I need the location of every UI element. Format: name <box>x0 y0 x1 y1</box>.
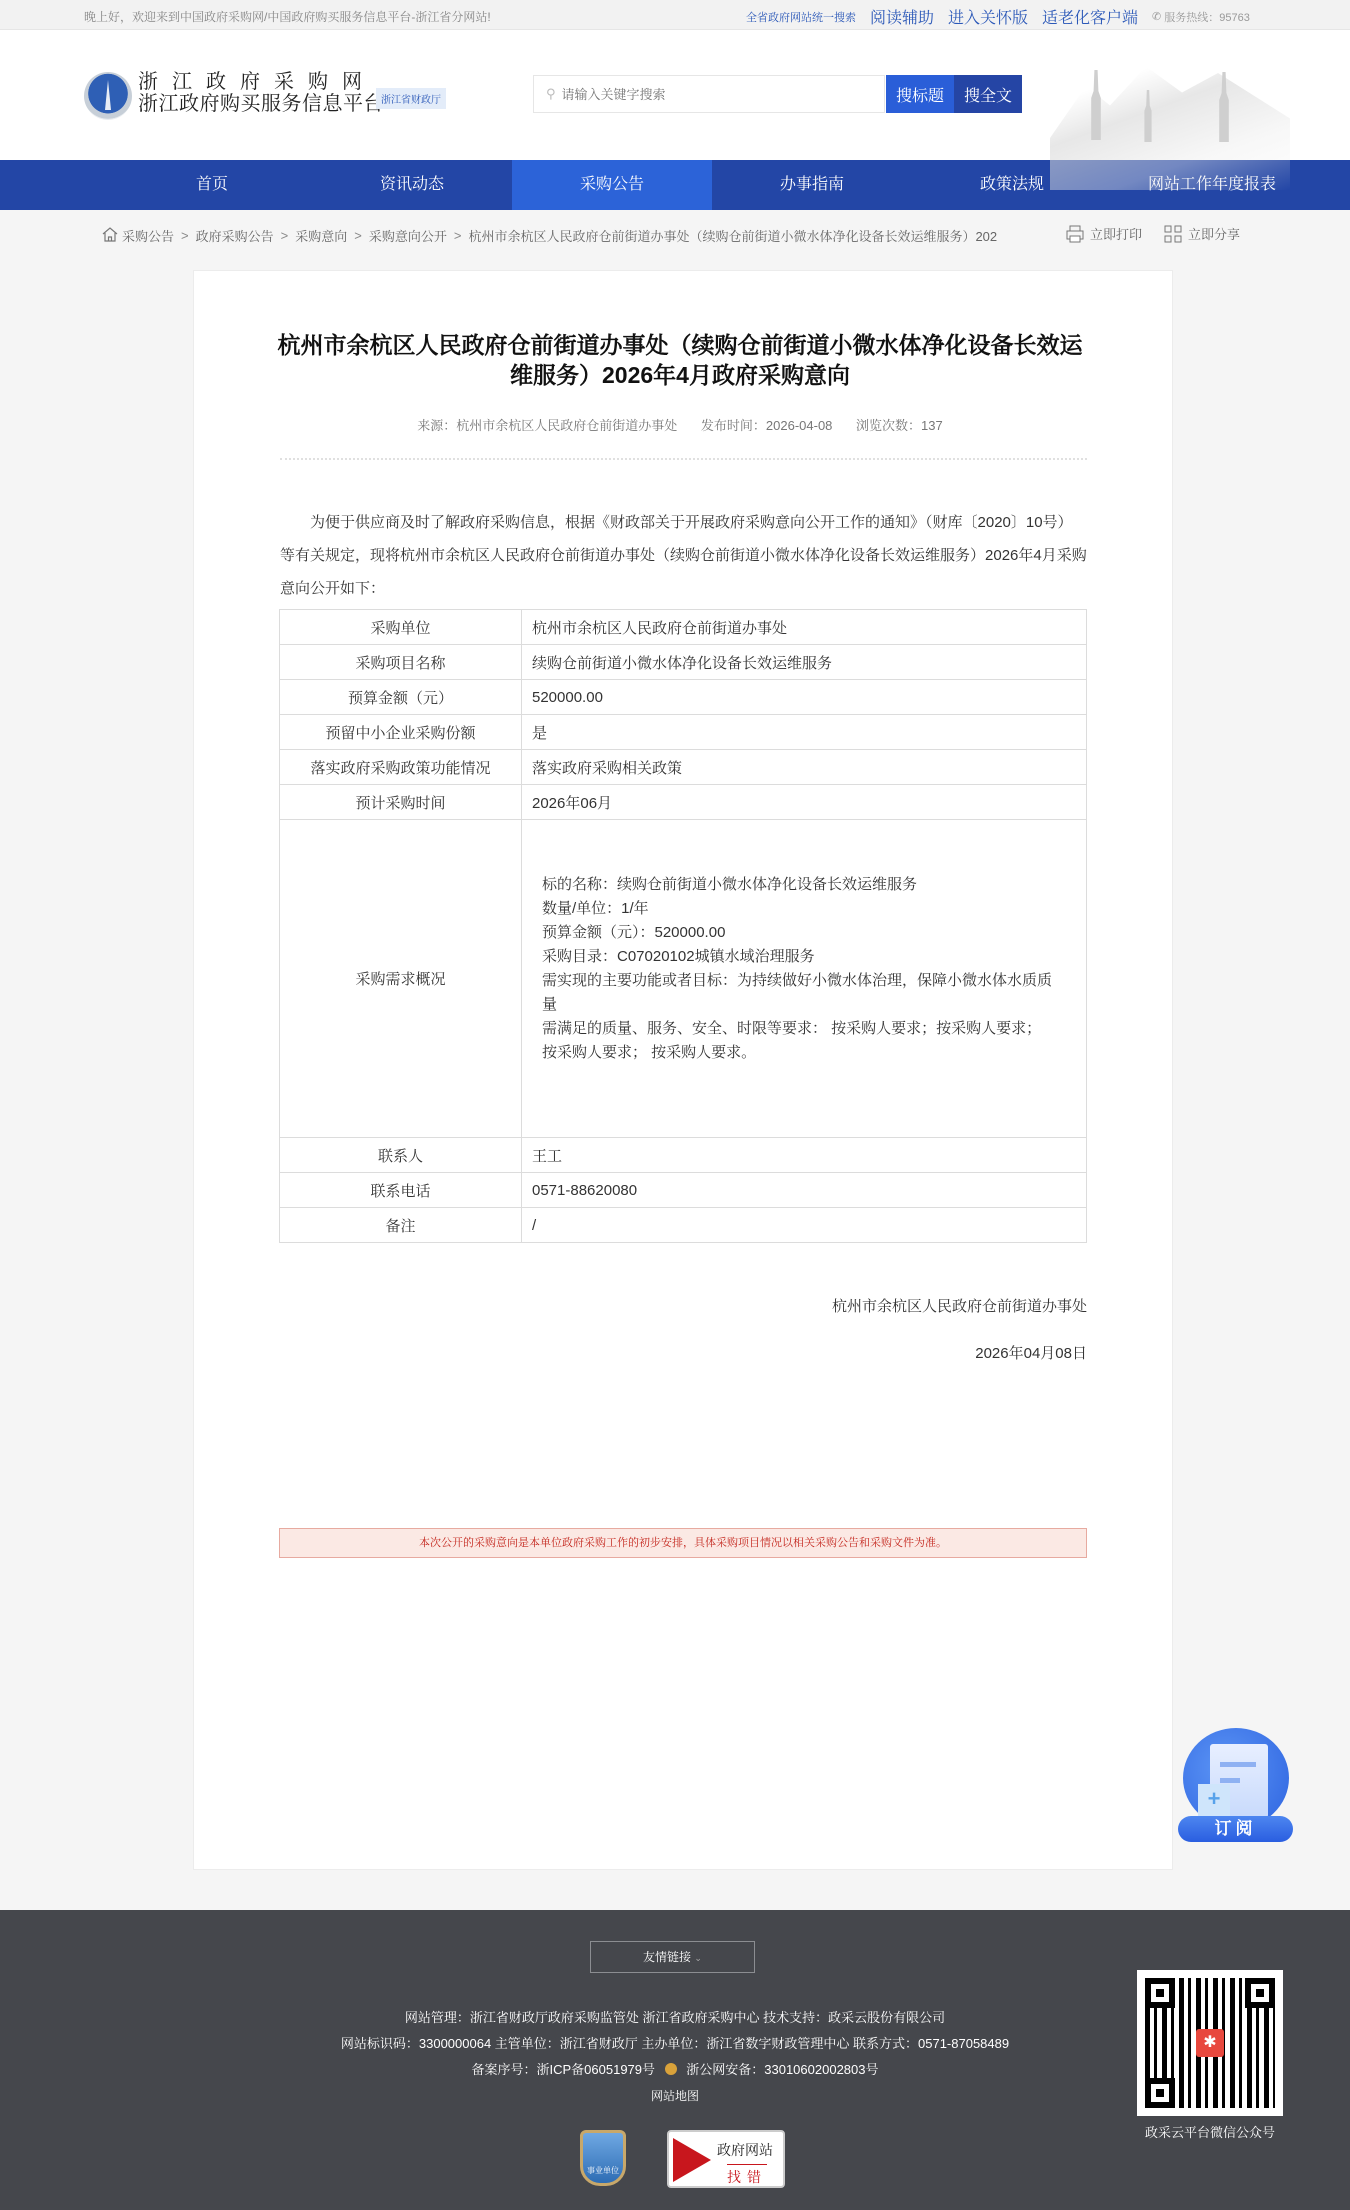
chevron-right-icon: > <box>354 228 362 243</box>
table-row: 落实政府采购政策功能情况落实政府采购相关政策 <box>280 750 1087 785</box>
article-source: 来源：杭州市余杭区人民政府仓前街道办事处 <box>417 418 677 433</box>
breadcrumb-item[interactable]: 采购公告 <box>122 226 174 245</box>
breadcrumb-item[interactable]: 采购意向公开 <box>369 226 447 245</box>
print-button[interactable]: 立即打印 <box>1066 224 1142 243</box>
magnifier-icon <box>673 2138 711 2182</box>
table-row: 采购项目名称续购仓前街道小微水体净化设备长效运维服务 <box>280 645 1087 680</box>
footer: 友情链接 ⌄ 网站管理：浙江省财政厅政府采购监管处 浙江省政府采购中心 技术支持… <box>0 1910 1350 2210</box>
top-links: 全省政府网站统一搜索 阅读辅助 进入关怀版 适老化客户端 ✆ 服务热线：9576… <box>746 5 1250 28</box>
public-institution-badge[interactable]: 事业单位 <box>580 2130 626 2186</box>
reading-assist-link[interactable]: 阅读辅助 <box>870 5 934 28</box>
subscribe-button[interactable]: + 订阅 <box>1178 1728 1293 1843</box>
chevron-down-icon: ⌄ <box>694 1953 702 1963</box>
table-row: 预算金额（元）520000.00 <box>280 680 1087 715</box>
table-row: 备注/ <box>280 1208 1087 1243</box>
article-meta: 来源：杭州市余杭区人民政府仓前街道办事处 发布时间：2026-04-08 浏览次… <box>280 415 1080 434</box>
header: 浙江政府采购网 浙江政府购买服务信息平台 浙江省财政厅 ⚲ 搜标题 搜全文 <box>0 30 1350 160</box>
dept-badge: 浙江省财政厅 <box>376 88 446 109</box>
signature: 杭州市余杭区人民政府仓前街道办事处 <box>280 1295 1087 1316</box>
hotline: ✆ 服务热线：95763 <box>1152 9 1250 25</box>
care-mode-link[interactable]: 进入关怀版 <box>948 5 1028 28</box>
requirements-summary: 标的名称：续购仓前街道小微水体净化设备长效运维服务 数量/单位：1/年 预算金额… <box>522 820 1087 1138</box>
icp-link[interactable]: 备案序号：浙ICP备06051979号 <box>472 2062 656 2077</box>
article-title: 杭州市余杭区人民政府仓前街道办事处（续购仓前街道小微水体净化设备长效运维服务）2… <box>275 330 1085 390</box>
article-views: 浏览次数：137 <box>856 418 943 433</box>
chevron-right-icon: > <box>281 228 289 243</box>
qrcode-icon <box>1164 225 1182 243</box>
phone-icon: ✆ <box>1152 10 1161 23</box>
table-row: 采购需求概况 标的名称：续购仓前街道小微水体净化设备长效运维服务 数量/单位：1… <box>280 820 1087 1138</box>
search-icon: ⚲ <box>546 86 556 102</box>
police-badge-icon <box>665 2063 677 2075</box>
page-actions: 立即打印 立即分享 <box>1066 224 1240 243</box>
table-row: 预计采购时间2026年06月 <box>280 785 1087 820</box>
site-logo[interactable] <box>84 72 132 120</box>
table-row: 联系人王工 <box>280 1138 1087 1173</box>
table-row: 采购单位杭州市余杭区人民政府仓前街道办事处 <box>280 610 1087 645</box>
nav-item-announcements[interactable]: 采购公告 <box>512 160 712 210</box>
breadcrumb-item[interactable]: 采购意向 <box>295 226 347 245</box>
table-row: 预留中小企业采购份额是 <box>280 715 1087 750</box>
top-bar: 晚上好，欢迎来到中国政府采购网/中国政府购买服务信息平台-浙江省分网站! 全省政… <box>0 0 1350 30</box>
procurement-table: 采购单位杭州市余杭区人民政府仓前街道办事处 采购项目名称续购仓前街道小微水体净化… <box>279 609 1087 1243</box>
police-record-link[interactable]: 浙公网安备：33010602002803号 <box>686 2062 878 2077</box>
mountain-decoration <box>1050 60 1290 190</box>
friend-links-dropdown[interactable]: 友情链接 ⌄ <box>590 1941 755 1973</box>
nav-item-guide[interactable]: 办事指南 <box>712 160 912 210</box>
zcy-logo-icon: ✱ <box>1196 2029 1224 2057</box>
share-button[interactable]: 立即分享 <box>1164 224 1240 243</box>
breadcrumb-item[interactable]: 政府采购公告 <box>196 226 274 245</box>
search-box[interactable]: ⚲ <box>533 75 885 113</box>
divider <box>280 458 1087 460</box>
elderly-client-link[interactable]: 适老化客户端 <box>1042 5 1138 28</box>
gov-site-error-report-badge[interactable]: 政府网站 找错 <box>667 2130 785 2188</box>
breadcrumb-current: 杭州市余杭区人民政府仓前街道办事处（续购仓前街道小微水体净化设备长效运维服务）2… <box>468 226 997 245</box>
site-title[interactable]: 浙江政府采购网 浙江政府购买服务信息平台 <box>138 71 384 115</box>
search-input[interactable] <box>562 87 862 102</box>
welcome-text: 晚上好，欢迎来到中国政府采购网/中国政府购买服务信息平台-浙江省分网站! <box>84 8 491 25</box>
article-intro: 为便于供应商及时了解政府采购信息，根据《财政部关于开展政府采购意向公开工作的通知… <box>280 506 1087 605</box>
disclaimer-notice: 本次公开的采购意向是本单位政府采购工作的初步安排，具体采购项目情况以相关采购公告… <box>279 1528 1087 1558</box>
signature-date: 2026年04月08日 <box>280 1342 1087 1363</box>
qrcode-caption: 政采云平台微信公众号 <box>1120 2122 1300 2141</box>
province-search-link[interactable]: 全省政府网站统一搜索 <box>746 9 856 25</box>
nav-item-news[interactable]: 资讯动态 <box>312 160 512 210</box>
breadcrumb: 采购公告> 政府采购公告> 采购意向> 采购意向公开> 杭州市余杭区人民政府仓前… <box>0 210 1350 260</box>
chevron-right-icon: > <box>181 228 189 243</box>
chevron-right-icon: > <box>454 228 462 243</box>
nav-item-home[interactable]: 首页 <box>112 160 312 210</box>
home-icon[interactable] <box>102 227 118 245</box>
printer-icon <box>1066 225 1084 243</box>
article-publish-time: 发布时间：2026-04-08 <box>701 418 833 433</box>
table-row: 联系电话0571-88620080 <box>280 1173 1087 1208</box>
search-fulltext-button[interactable]: 搜全文 <box>954 75 1022 113</box>
search-title-button[interactable]: 搜标题 <box>886 75 954 113</box>
wechat-qrcode: ✱ <box>1137 1970 1283 2116</box>
